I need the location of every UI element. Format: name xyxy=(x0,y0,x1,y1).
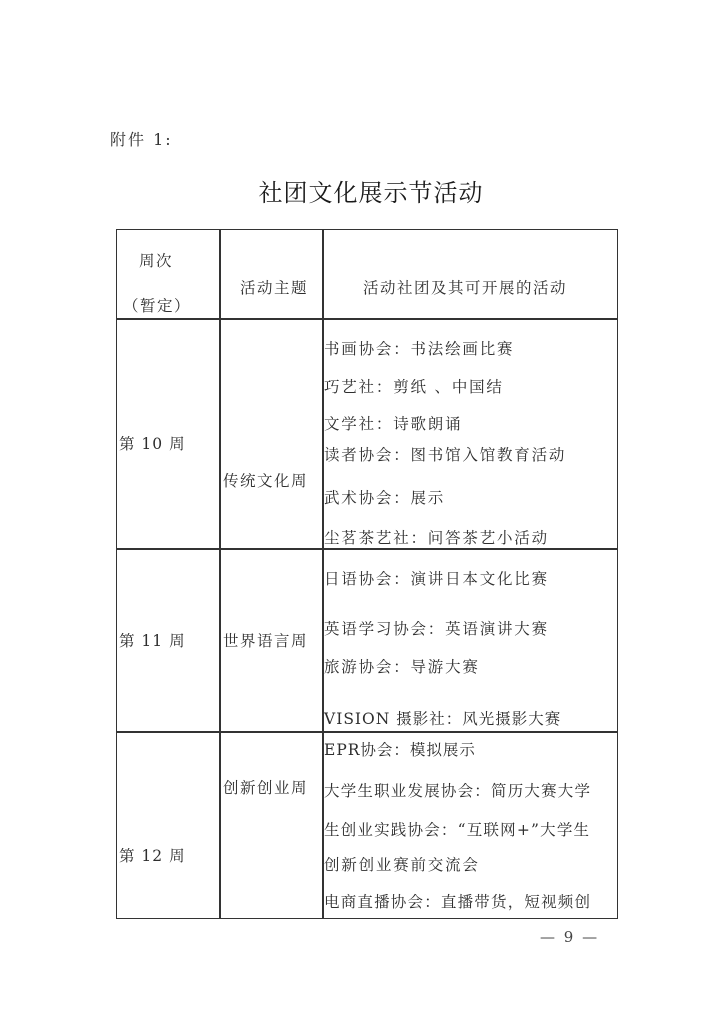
row-divider xyxy=(117,318,617,320)
activity-item: 书画协会：书法绘画比赛 xyxy=(324,337,514,359)
activity-item: 英语学习协会：英语演讲大赛 xyxy=(324,617,549,639)
row-week: 第 11 周 xyxy=(119,629,186,651)
column-divider xyxy=(219,230,221,918)
page-number: — 9 — xyxy=(540,928,599,946)
activity-item: 大学生职业发展协会：简历大赛大学 xyxy=(324,779,591,801)
activity-item: 生创业实践协会：“互联网+”大学生 xyxy=(324,818,590,840)
header-week: 周次 xyxy=(139,249,173,271)
row-divider xyxy=(117,731,617,733)
attachment-label: 附件 1: xyxy=(110,127,173,150)
activity-item: 巧艺社：剪纸 、中国结 xyxy=(324,375,504,397)
activity-table: 周次 （暂定） 活动主题 活动社团及其可开展的活动 第 10 周 传统文化周 书… xyxy=(116,229,618,919)
activity-item: 武术协会：展示 xyxy=(324,486,445,508)
activity-item: 电商直播协会：直播带货，短视频创 xyxy=(324,890,591,912)
row-theme: 世界语言周 xyxy=(223,629,308,651)
activity-item: EPR协会：模拟展示 xyxy=(324,738,476,760)
row-week: 第 12 周 xyxy=(119,844,186,866)
row-theme: 创新创业周 xyxy=(223,776,308,798)
activity-item: VISION 摄影社：风光摄影大赛 xyxy=(324,707,561,729)
header-week-note: （暂定） xyxy=(123,294,191,316)
page-title: 社团文化展示节活动 xyxy=(0,173,720,208)
activity-item: 日语协会：演讲日本文化比赛 xyxy=(324,567,549,589)
row-theme: 传统文化周 xyxy=(223,469,308,491)
activity-item: 文学社：诗歌朗诵 xyxy=(324,412,462,434)
header-theme: 活动主题 xyxy=(240,276,308,298)
activity-item: 尘茗茶艺社：问答茶艺小活动 xyxy=(324,526,549,548)
row-divider xyxy=(117,548,617,550)
row-week: 第 10 周 xyxy=(119,432,186,454)
activity-item: 创新创业赛前交流会 xyxy=(324,853,480,875)
activity-item: 旅游协会：导游大赛 xyxy=(324,655,480,677)
activity-item: 读者协会：图书馆入馆教育活动 xyxy=(324,443,566,465)
header-activities: 活动社团及其可开展的活动 xyxy=(363,276,567,298)
